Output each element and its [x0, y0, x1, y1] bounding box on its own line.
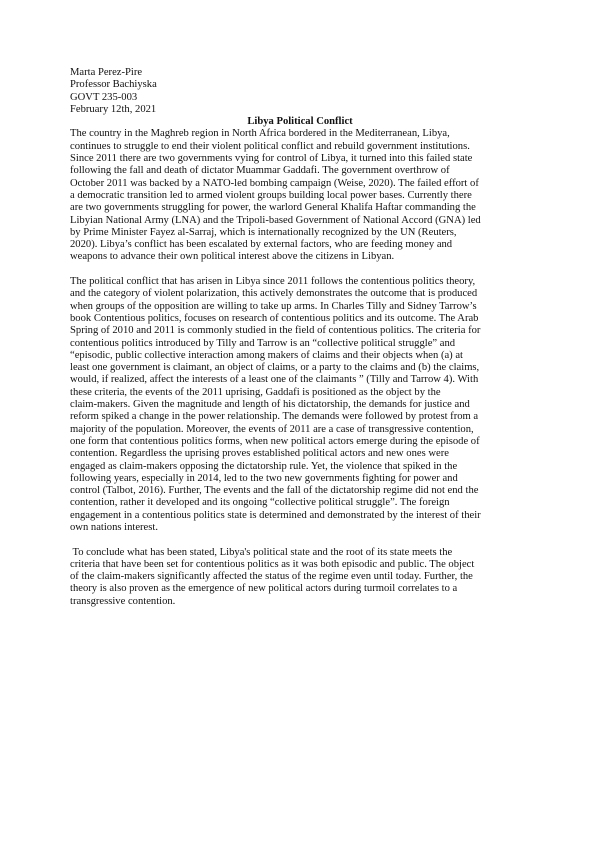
text-line: theory is also proven as the emergence o…: [70, 583, 530, 595]
text-line: reform spiked a change in the power rela…: [70, 411, 530, 423]
text-line: these criteria, the events of the 2011 u…: [70, 387, 530, 399]
text-line: a democratic transition led to armed vio…: [70, 190, 530, 202]
text-line: Spring of 2010 and 2011 is commonly stud…: [70, 325, 530, 337]
text-line: claim-makers. Given the magnitude and le…: [70, 399, 530, 411]
text-line: one form that contentious politics forms…: [70, 436, 530, 448]
text-line: when groups of the opposition are willin…: [70, 301, 530, 313]
document-page: Marta Perez-Pire Professor Bachiyska GOV…: [70, 67, 530, 608]
text-line: contentious politics introduced by Tilly…: [70, 338, 530, 350]
text-line: 2020). Libya’s conflict has been escalat…: [70, 239, 530, 251]
document-date: February 12th, 2021: [70, 104, 530, 116]
text-line: To conclude what has been stated, Libya'…: [70, 547, 530, 559]
text-line: of the claim-makers significantly affect…: [70, 571, 530, 583]
text-line: engaged as claim-makers opposing the dic…: [70, 461, 530, 473]
text-line: control (Talbot, 2016). Further, The eve…: [70, 485, 530, 497]
text-line: The country in the Maghreb region in Nor…: [70, 128, 530, 140]
text-line: majority of the population. Moreover, th…: [70, 424, 530, 436]
text-line: “episodic, public collective interaction…: [70, 350, 530, 362]
paragraph-1: The country in the Maghreb region in Nor…: [70, 128, 530, 263]
text-line: contention. Regardless the uprising prov…: [70, 448, 530, 460]
paragraph-3: To conclude what has been stated, Libya'…: [70, 547, 530, 608]
document-title: Libya Political Conflict: [70, 116, 530, 128]
text-line: engagement in a contentious politics sta…: [70, 510, 530, 522]
professor-name: Professor Bachiyska: [70, 79, 530, 91]
text-line: transgressive contention.: [70, 596, 530, 608]
text-line: are two governments struggling for power…: [70, 202, 530, 214]
text-line: and the category of violent polarization…: [70, 288, 530, 300]
text-line: following years, especially in 2014, led…: [70, 473, 530, 485]
text-line: own nations interest.: [70, 522, 530, 534]
text-line: by Prime Minister Fayez al-Sarraj, which…: [70, 227, 530, 239]
paragraph-spacer: [70, 264, 530, 276]
text-line: Since 2011 there are two governments vyi…: [70, 153, 530, 165]
text-line: contention, rather it developed and its …: [70, 497, 530, 509]
paragraph-spacer: [70, 534, 530, 546]
text-line: criteria that have been set for contenti…: [70, 559, 530, 571]
text-line: weapons to advance their own political i…: [70, 251, 530, 263]
text-line: following the fall and death of dictator…: [70, 165, 530, 177]
text-line: Libyian National Army (LNA) and the Trip…: [70, 215, 530, 227]
course-code: GOVT 235-003: [70, 92, 530, 104]
author-name: Marta Perez-Pire: [70, 67, 530, 79]
text-line: continues to struggle to end their viole…: [70, 141, 530, 153]
text-line: The political conflict that has arisen i…: [70, 276, 530, 288]
text-line: least one government is claimant, an obj…: [70, 362, 530, 374]
text-line: would, if realized, affect the interests…: [70, 374, 530, 386]
text-line: book Contentious politics, focuses on re…: [70, 313, 530, 325]
paragraph-2: The political conflict that has arisen i…: [70, 276, 530, 534]
text-line: October 2011 was backed by a NATO-led bo…: [70, 178, 530, 190]
